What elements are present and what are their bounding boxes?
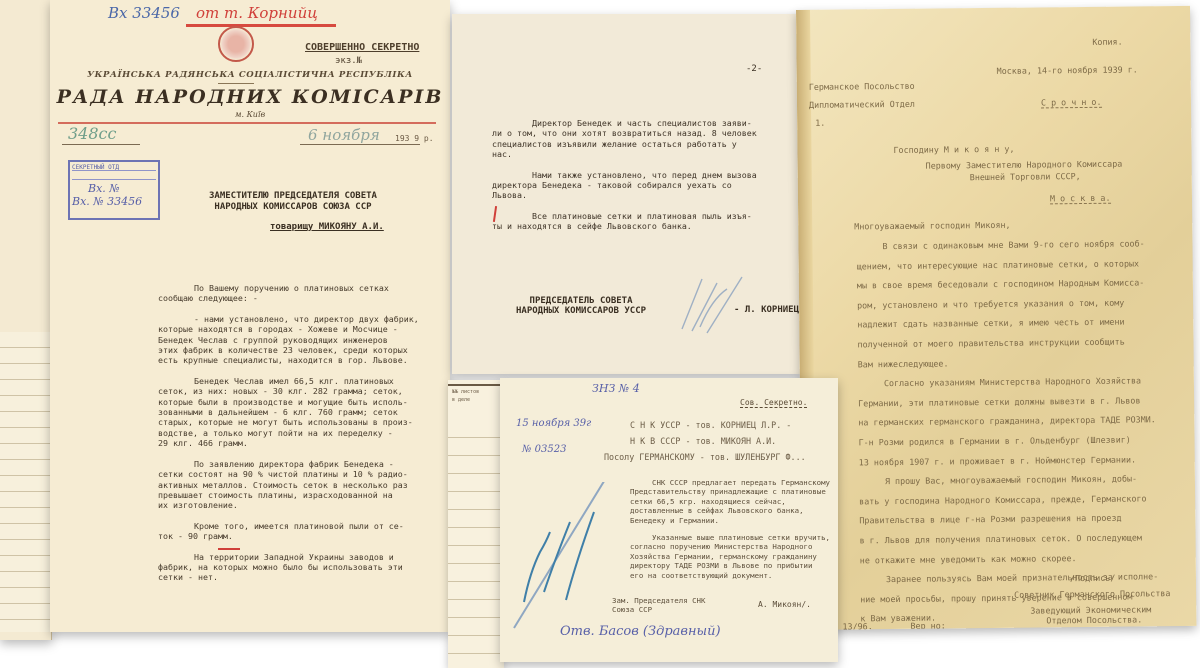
document-date: 6 ноября: [308, 126, 380, 144]
paragraph: СНК СССР предлагает передать Германскому…: [630, 478, 830, 525]
red-pencil-underline: [218, 548, 240, 550]
paragraph: На территории Западной Украины заводов и…: [158, 552, 448, 583]
handwritten-resolution-icon: [510, 482, 620, 632]
salutation: Многоуважаемый господин Микоян,: [854, 220, 1010, 232]
handwritten-file-number: ЗНЗ № 4: [592, 382, 640, 395]
handwritten-number: № 03523: [522, 444, 566, 455]
secrecy-mark: Сов. Секретно.: [740, 398, 807, 408]
footer-number: 13/96.: [842, 621, 872, 630]
red-pencil-underline: [186, 24, 336, 27]
document-german-embassy-letter: Копия. Москва, 14-го ноября 1939 г. Герм…: [796, 6, 1196, 630]
divider: [62, 144, 140, 145]
sender-line: 1.: [815, 118, 825, 128]
divider: [448, 384, 504, 386]
stamp-number: Вх. № 33456: [72, 195, 156, 208]
state-emblem-icon: [218, 26, 254, 62]
paragraph: В связи с одинаковым мне Вами 9-го сего …: [856, 234, 1175, 374]
letter-body: В связи с одинаковым мне Вами 9-го сего …: [856, 234, 1178, 629]
paragraph: Указанные выше платиновые сетки вручить,…: [630, 533, 830, 580]
paragraph: Кроме того, имеется платиновой пыли от с…: [158, 521, 448, 542]
divider: [218, 83, 254, 84]
letterhead-city: м. Київ: [50, 110, 450, 119]
urgency-mark: С р о ч н о.: [1041, 97, 1102, 109]
handwritten-incoming-number: Вх 33456: [108, 4, 180, 22]
stamp-header: СЕКРЕТНЫЙ ОТД: [72, 164, 156, 171]
ledger-header: №№ листов в деле: [452, 388, 479, 404]
handwritten-footer-note: Отв. Басов (Здравный): [560, 624, 721, 639]
ledger-header-line: №№ листов: [452, 388, 479, 396]
divider: [300, 144, 420, 145]
ledger-strip-middle: №№ листов в деле: [448, 380, 504, 668]
registration-number: 348сс: [68, 124, 116, 143]
letter-body: По Вашему поручению о платиновых сетках …: [158, 283, 448, 593]
handwritten-from-note: от т. Корнийц: [196, 4, 318, 22]
letter-body: Директор Бенедек и часть специалистов за…: [492, 118, 792, 242]
paragraph: По заявлению директора фабрик Бенедека -…: [158, 459, 448, 511]
ledger-header-line: в деле: [452, 396, 479, 404]
directive-body: СНК СССР предлагает передать Германскому…: [630, 478, 830, 588]
signature-placeholder: /Подпись/: [1070, 573, 1115, 583]
paragraph: Нами также установлено, что перед днем в…: [492, 170, 792, 201]
addressee-line: Господину М и к о я н у,: [893, 144, 1014, 155]
paragraph: По Вашему поручению о платиновых сетках …: [158, 283, 448, 304]
recipient-line: Посолу ГЕРМАНСКОМУ - тов. ШУЛЕНБУРГ Ф...: [604, 452, 806, 462]
recipient-line: С Н К УССР - тов. КОРНИЕЦ Л.Р. -: [630, 420, 791, 430]
document-date: Москва, 14-го ноября 1939 г.: [997, 64, 1138, 75]
signatory-name: А. Микоян/.: [758, 600, 811, 609]
signer-line: Советник Германского Посольства: [1014, 588, 1170, 600]
page-number: -2-: [746, 64, 762, 74]
ledger-lines: [448, 420, 504, 668]
registry-stamp: СЕКРЕТНЫЙ ОТД Вх. № Вх. № 33456: [68, 160, 160, 220]
signatory-name: - Л. КОРНИЕЦ: [734, 305, 799, 315]
handwritten-date: 15 ноября 39г: [516, 418, 591, 429]
addressee-name: товарищу МИКОЯНУ А.И.: [270, 222, 384, 232]
document-council-letter-page1: Вх 33456 от т. Корнийц СОВЕРШЕННО СЕКРЕТ…: [50, 0, 450, 632]
secrecy-mark: СОВЕРШЕННО СЕКРЕТНО: [305, 42, 419, 53]
paragraph: Директор Бенедек и часть специалистов за…: [492, 118, 792, 160]
addressee-line: Первому Заместителю Народного Комиссара: [926, 159, 1123, 171]
ledger-lines: [0, 332, 52, 632]
paragraph: - нами установлено, что директор двух фа…: [158, 314, 448, 366]
paragraph: Я прошу Вас, многоуважаемый господин Мик…: [859, 469, 1178, 570]
sender-line: Германское Посольство: [809, 81, 915, 92]
addressee-line: Внешней Торговли СССР,: [970, 171, 1081, 182]
addressee-city: М о с к в а.: [1050, 193, 1111, 205]
paragraph: Согласно указаниям Министерства Народног…: [858, 371, 1177, 472]
copy-label: Копия.: [1092, 37, 1122, 47]
document-year: 193 9 р.: [395, 134, 434, 143]
recipient-line: Н К В СССР - тов. МИКОЯН А.И.: [630, 436, 776, 446]
document-sovnarkom-directive: ЗНЗ № 4 Сов. Секретно. С Н К УССР - тов.…: [500, 378, 838, 662]
letterhead-republic: УКРАЇНСЬКА РАДЯНСЬКА СОЦІАЛІСТИЧНА РЕСПУ…: [50, 70, 450, 80]
stamp-handwriting: Вх. №: [72, 182, 156, 195]
addressee-title: ЗАМЕСТИТЕЛЮ ПРЕДСЕДАТЕЛЯ СОВЕТА НАРОДНЫХ…: [198, 191, 388, 213]
copy-number: экз.№: [335, 56, 362, 66]
signer-line: Отделом Посольства.: [1046, 614, 1142, 625]
sender-line: Дипломатический Отдел: [809, 99, 915, 110]
letterhead-council: РАДА НАРОДНИХ КОМІСАРІВ: [50, 86, 450, 108]
paragraph: Все платиновые сетки и платиновая пыль и…: [492, 211, 792, 232]
handwritten-signature-icon: [672, 269, 752, 339]
signatory-title: Зам. Председателя СНК Союза ССР: [612, 596, 705, 614]
ledger-strip-left: [0, 0, 52, 640]
document-council-letter-page2: -2- Директор Бенедек и часть специалисто…: [452, 14, 802, 374]
stamp-line: [72, 173, 156, 180]
certified-copy-mark: Вер но:: [910, 620, 945, 630]
paragraph: Бенедек Чеслав имел 66,5 клг. платиновых…: [158, 376, 448, 449]
signatory-title: ПРЕДСЕДАТЕЛЬ СОВЕТА НАРОДНЫХ КОМИССАРОВ …: [516, 296, 646, 316]
